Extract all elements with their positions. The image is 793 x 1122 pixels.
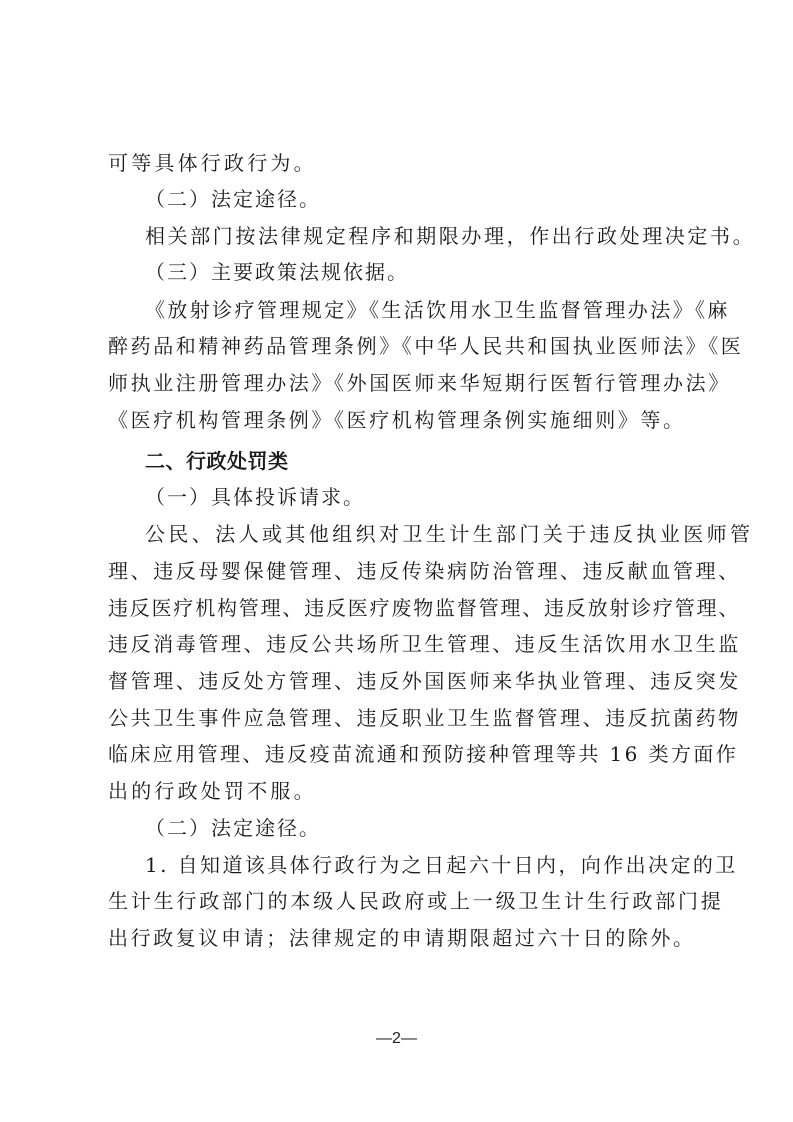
text-line: 可等具体行政行为。 bbox=[108, 151, 692, 175]
text-line: 《放射诊疗管理规定》《生活饮用水卫生监督管理办法》《麻 bbox=[145, 298, 692, 322]
text-line: 公共卫生事件应急管理、违反职业卫生监督管理、违反抗菌药物 bbox=[108, 706, 692, 730]
section-heading: 二、行政处罚类 bbox=[145, 449, 692, 473]
page-number: —2— bbox=[0, 1030, 793, 1048]
text-line: 生计生行政部门的本级人民政府或上一级卫生计生行政部门提 bbox=[108, 889, 692, 913]
subsection-heading: （二）法定途径。 bbox=[145, 187, 692, 211]
subsection-heading: （二）法定途径。 bbox=[145, 816, 692, 840]
text-line: 理、违反母婴保健管理、违反传染病防治管理、违反献血管理、 bbox=[108, 559, 692, 583]
subsection-heading: （三）主要政策法规依据。 bbox=[145, 260, 692, 284]
text-line: 师执业注册管理办法》《外国医师来华短期行医暂行管理办法》 bbox=[108, 371, 692, 395]
text-line: 1. 自知道该具体行政行为之日起六十日内，向作出决定的卫 bbox=[145, 853, 692, 877]
text-line: 出行政复议申请；法律规定的申请期限超过六十日的除外。 bbox=[108, 926, 692, 950]
text-line: 醉药品和精神药品管理条例》《中华人民共和国执业医师法》《医 bbox=[108, 334, 692, 358]
text-line: 公民、法人或其他组织对卫生计生部门关于违反执业医师管 bbox=[145, 522, 692, 546]
subsection-heading: （一）具体投诉请求。 bbox=[145, 485, 692, 509]
text-line: 《医疗机构管理条例》《医疗机构管理条例实施细则》等。 bbox=[108, 408, 692, 432]
document-page: 可等具体行政行为。 （二）法定途径。 相关部门按法律规定程序和期限办理，作出行政… bbox=[0, 0, 793, 1122]
text-line: 违反医疗机构管理、违反医疗废物监督管理、违反放射诊疗管理、 bbox=[108, 596, 692, 620]
text-line: 督管理、违反处方管理、违反外国医师来华执业管理、违反突发 bbox=[108, 669, 692, 693]
text-line: 违反消毒管理、违反公共场所卫生管理、违反生活饮用水卫生监 bbox=[108, 632, 692, 656]
text-line: 出的行政处罚不服。 bbox=[108, 779, 692, 803]
text-line: 临床应用管理、违反疫苗流通和预防接种管理等共 16 类方面作 bbox=[108, 742, 692, 766]
text-line: 相关部门按法律规定程序和期限办理，作出行政处理决定书。 bbox=[145, 224, 692, 248]
